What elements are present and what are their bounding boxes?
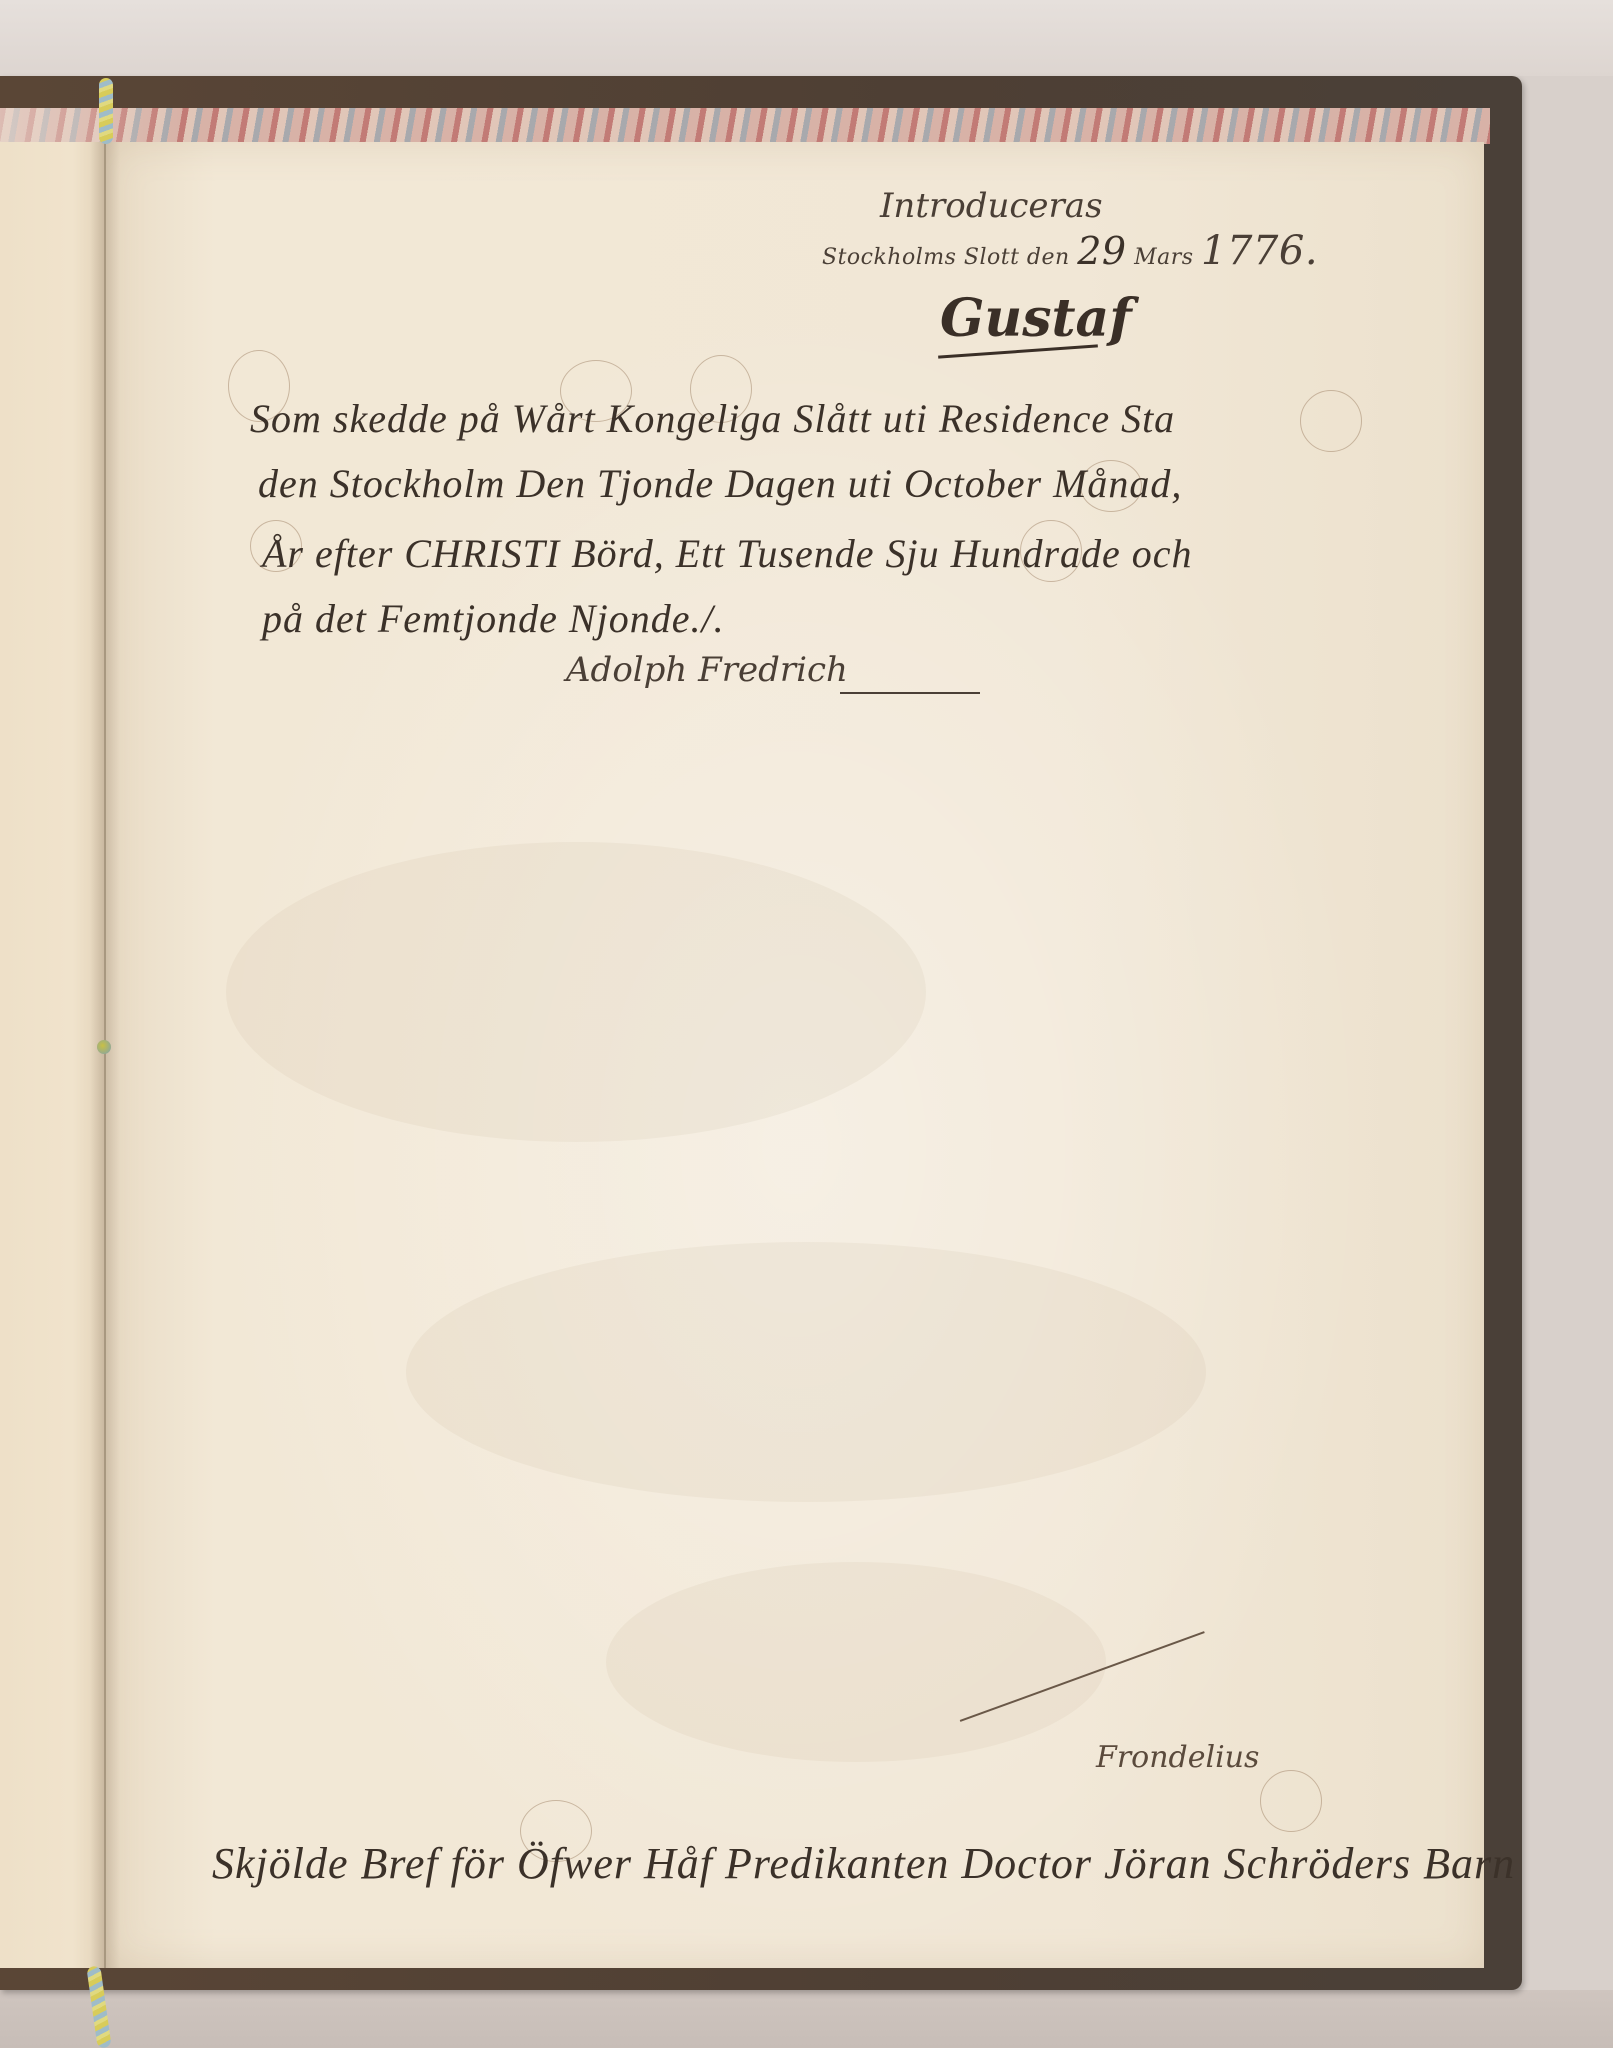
signature-underline [840, 692, 980, 694]
background-bottom [0, 1990, 1613, 2048]
document-title: Skjölde Bref för Öfwer Håf Predikanten D… [212, 1838, 1515, 1889]
gutter-shadow [90, 142, 120, 1968]
body-line-1: Som skedde på Wårt Kongeliga Slått uti R… [250, 395, 1175, 442]
flourish-ornament [1260, 1770, 1322, 1832]
annotation-date-line: Stockholms Slott den 29 Mars 1776. [822, 228, 1318, 274]
paper-wrinkle [606, 1562, 1106, 1762]
signature-adolph-fredrich: Adolph Fredrich [566, 650, 848, 690]
signature-gustaf: Gustaf [940, 288, 1132, 349]
paper-wrinkle [226, 842, 926, 1142]
background-top [0, 0, 1613, 76]
annotation-month: Mars [1134, 245, 1193, 270]
body-line-4: på det Femtjonde Njonde./. [262, 595, 725, 642]
body-line-2: den Stockholm Den Tjonde Dagen uti Octob… [258, 460, 1182, 507]
flourish-ornament [1300, 390, 1362, 452]
annotation-introduceras: Introduceras [880, 186, 1103, 226]
paper-wrinkle [406, 1242, 1206, 1502]
annotation-place: Stockholms Slott den [822, 245, 1070, 270]
binding-thread-top [99, 78, 113, 144]
annotation-day: 29 [1077, 229, 1126, 273]
signature-secretary: Frondelius [1096, 1740, 1259, 1775]
marbled-endpaper [0, 108, 1490, 144]
annotation-year: 1776. [1201, 228, 1318, 274]
body-line-3: År efter CHRISTI Börd, Ett Tusende Sju H… [262, 530, 1193, 577]
binding-thread-stitch [97, 1040, 111, 1054]
